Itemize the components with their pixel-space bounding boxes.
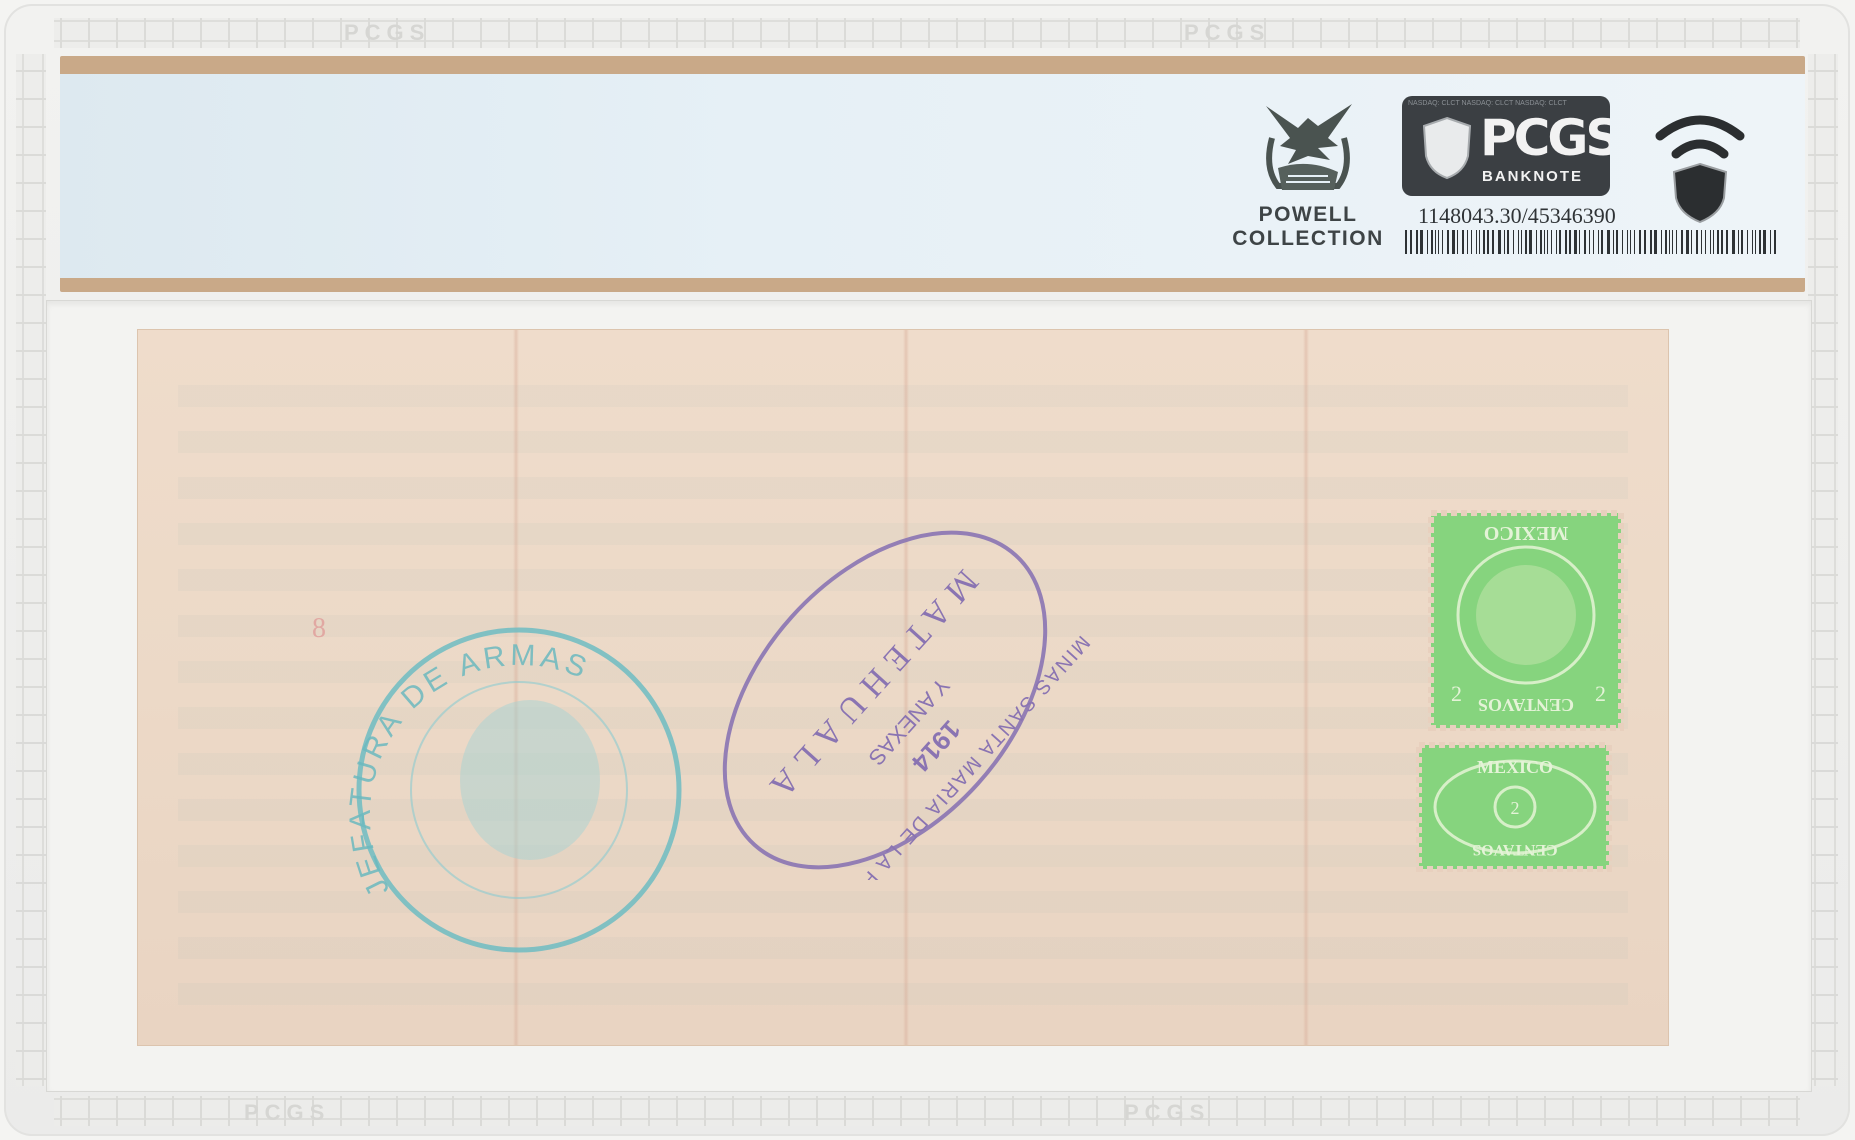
embossed-brand-top: PCGS	[344, 20, 430, 46]
eagle-emblem-icon	[1258, 98, 1358, 198]
barcode	[1405, 230, 1777, 254]
svg-text:CENTAVOS: CENTAVOS	[1478, 695, 1574, 715]
revenue-stamp-2: MEXICO 2 CENTAVOS	[1419, 745, 1609, 869]
svg-text:MEXICO: MEXICO	[1484, 522, 1568, 544]
powell-collection-logo: POWELL COLLECTION	[1218, 98, 1398, 251]
svg-text:2: 2	[1595, 681, 1606, 706]
fold-line	[1303, 330, 1309, 1045]
greek-key-border-top	[54, 18, 1800, 48]
embossed-brand-bottom-2: PCGS	[1124, 1100, 1210, 1126]
badge-subtitle: BANKNOTE	[1482, 168, 1583, 185]
jefatura-de-armas-stamp: JEFATURA DE ARMAS	[330, 620, 708, 960]
pcgs-logo: PCGS	[1480, 112, 1610, 164]
matehuala-oval-stamp: MATEHUALA Y ANEXAS 1914 MINAS SANTA MARI…	[675, 520, 1095, 880]
nfc-shield-icon	[1650, 108, 1750, 224]
embossed-brand-top-2: PCGS	[1184, 20, 1270, 46]
svg-text:2: 2	[1451, 681, 1462, 706]
revenue-stamps: MEXICO CENTAVOS 2 2 MEXICO 2 CENTAVOS	[1405, 505, 1645, 880]
svg-text:MEXICO: MEXICO	[1477, 757, 1553, 777]
greek-key-border-right	[1808, 54, 1838, 1086]
svg-text:CENTAVOS: CENTAVOS	[1472, 841, 1557, 858]
cert-number: 1148043.30/45346390	[1418, 203, 1616, 229]
pcgs-banknote-badge: NASDAQ: CLCT NASDAQ: CLCT NASDAQ: CLCT P…	[1402, 96, 1610, 196]
collection-name-line2: COLLECTION	[1218, 227, 1398, 251]
shield-icon	[1422, 116, 1472, 180]
greek-key-border-left	[16, 54, 46, 1086]
revenue-stamp-1: MEXICO CENTAVOS 2 2	[1431, 513, 1621, 728]
svg-text:2: 2	[1511, 798, 1520, 818]
collection-name-line1: POWELL	[1218, 203, 1398, 227]
embossed-brand-bottom: PCGS	[244, 1100, 330, 1126]
badge-microtext: NASDAQ: CLCT NASDAQ: CLCT NASDAQ: CLCT	[1408, 100, 1567, 107]
red-serial-fragment: 8	[312, 613, 326, 645]
